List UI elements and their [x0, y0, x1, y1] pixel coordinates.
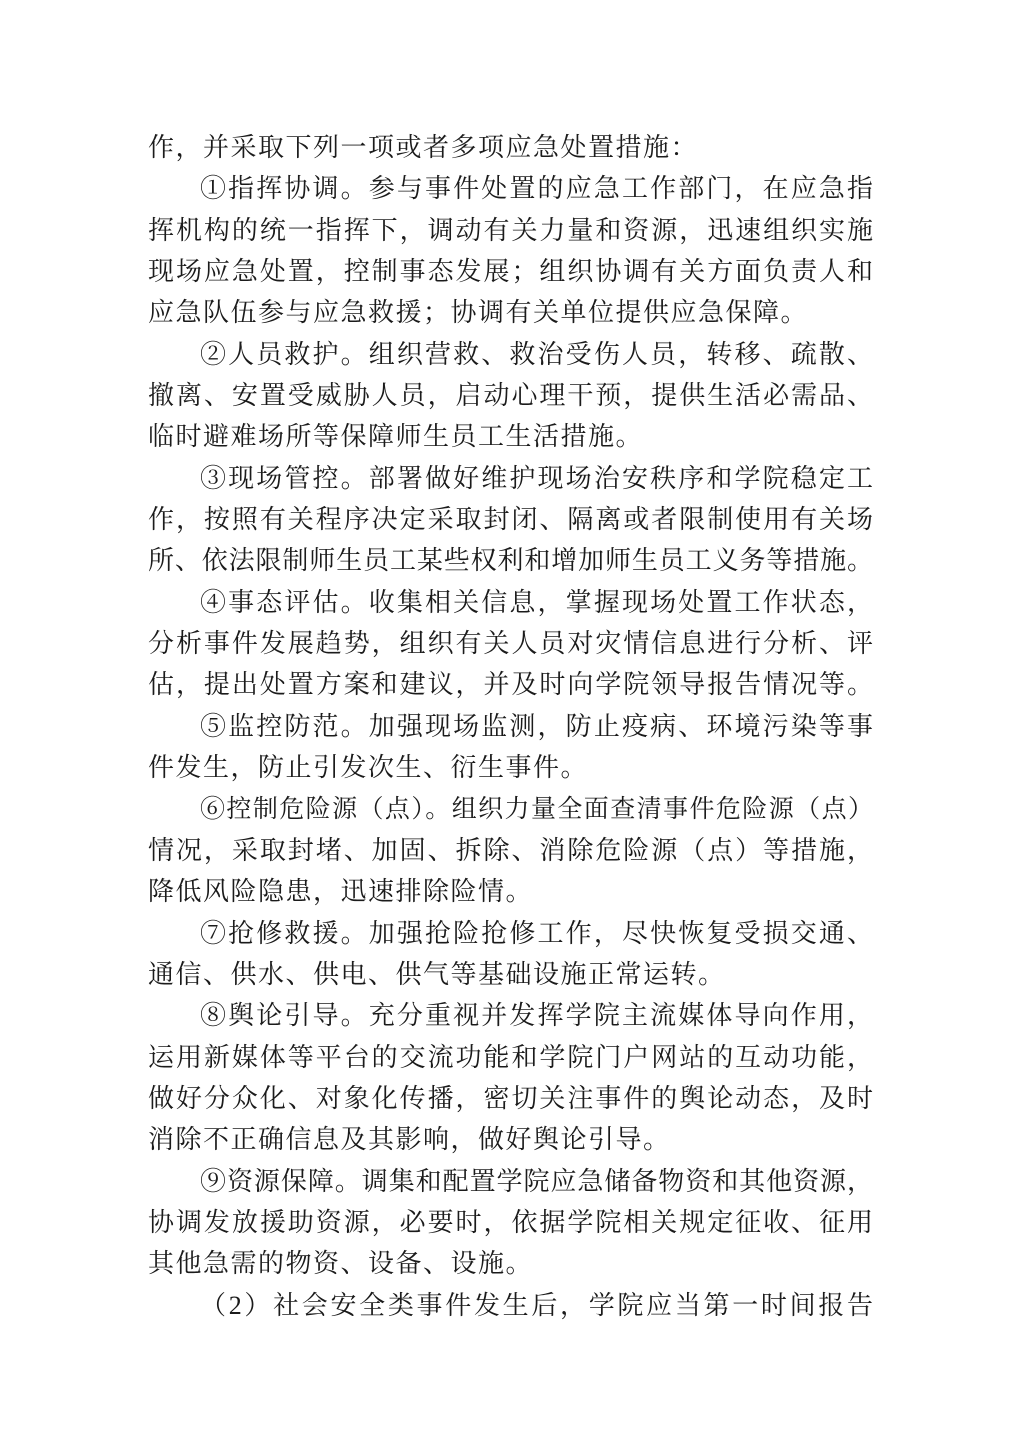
- text-line: 消除不正确信息及其影响，做好舆论引导。: [148, 1119, 873, 1160]
- text-line: 所、依法限制师生员工某些权利和增加师生员工义务等措施。: [148, 540, 873, 581]
- text-line: ⑦抢修救援。加强抢险抢修工作，尽快恢复受损交通、: [148, 913, 873, 954]
- text-line: ②人员救护。组织营救、救治受伤人员，转移、疏散、: [148, 334, 873, 375]
- text-line: 撤离、安置受威胁人员，启动心理干预，提供生活必需品、: [148, 375, 873, 416]
- document-page: 作，并采取下列一项或者多项应急处置措施： ①指挥协调。参与事件处置的应急工作部门…: [0, 0, 1024, 1448]
- text-line: 作，按照有关程序决定采取封闭、隔离或者限制使用有关场: [148, 499, 873, 540]
- text-line: 应急队伍参与应急救援；协调有关单位提供应急保障。: [148, 292, 873, 333]
- text-line: 作，并采取下列一项或者多项应急处置措施：: [148, 127, 873, 168]
- text-line: ④事态评估。收集相关信息，掌握现场处置工作状态，: [148, 582, 873, 623]
- text-line: 做好分众化、对象化传播，密切关注事件的舆论动态，及时: [148, 1078, 873, 1119]
- text-line: 其他急需的物资、设备、设施。: [148, 1243, 873, 1284]
- text-line: 分析事件发展趋势，组织有关人员对灾情信息进行分析、评: [148, 623, 873, 664]
- text-line: 降低风险隐患，迅速排除险情。: [148, 871, 873, 912]
- document-text-block: 作，并采取下列一项或者多项应急处置措施： ①指挥协调。参与事件处置的应急工作部门…: [148, 127, 873, 1326]
- text-line: 件发生，防止引发次生、衍生事件。: [148, 747, 873, 788]
- text-line: 通信、供水、供电、供气等基础设施正常运转。: [148, 954, 873, 995]
- text-line: ⑨资源保障。调集和配置学院应急储备物资和其他资源，: [148, 1161, 873, 1202]
- text-line: ⑥控制危险源（点）。组织力量全面查清事件危险源（点）: [148, 789, 873, 830]
- text-line: 协调发放援助资源，必要时，依据学院相关规定征收、征用: [148, 1202, 873, 1243]
- text-line: 估，提出处置方案和建议，并及时向学院领导报告情况等。: [148, 664, 873, 705]
- text-line: （2）社会安全类事件发生后，学院应当第一时间报告: [148, 1285, 873, 1326]
- text-line: ⑤监控防范。加强现场监测，防止疫病、环境污染等事: [148, 706, 873, 747]
- text-line: 情况，采取封堵、加固、拆除、消除危险源（点）等措施，: [148, 830, 873, 871]
- text-line: 临时避难场所等保障师生员工生活措施。: [148, 416, 873, 457]
- text-line: ③现场管控。部署做好维护现场治安秩序和学院稳定工: [148, 458, 873, 499]
- text-line: 现场应急处置，控制事态发展；组织协调有关方面负责人和: [148, 251, 873, 292]
- text-line: ⑧舆论引导。充分重视并发挥学院主流媒体导向作用，: [148, 995, 873, 1036]
- text-line: 挥机构的统一指挥下，调动有关力量和资源，迅速组织实施: [148, 210, 873, 251]
- text-line: 运用新媒体等平台的交流功能和学院门户网站的互动功能，: [148, 1037, 873, 1078]
- text-line: ①指挥协调。参与事件处置的应急工作部门，在应急指: [148, 168, 873, 209]
